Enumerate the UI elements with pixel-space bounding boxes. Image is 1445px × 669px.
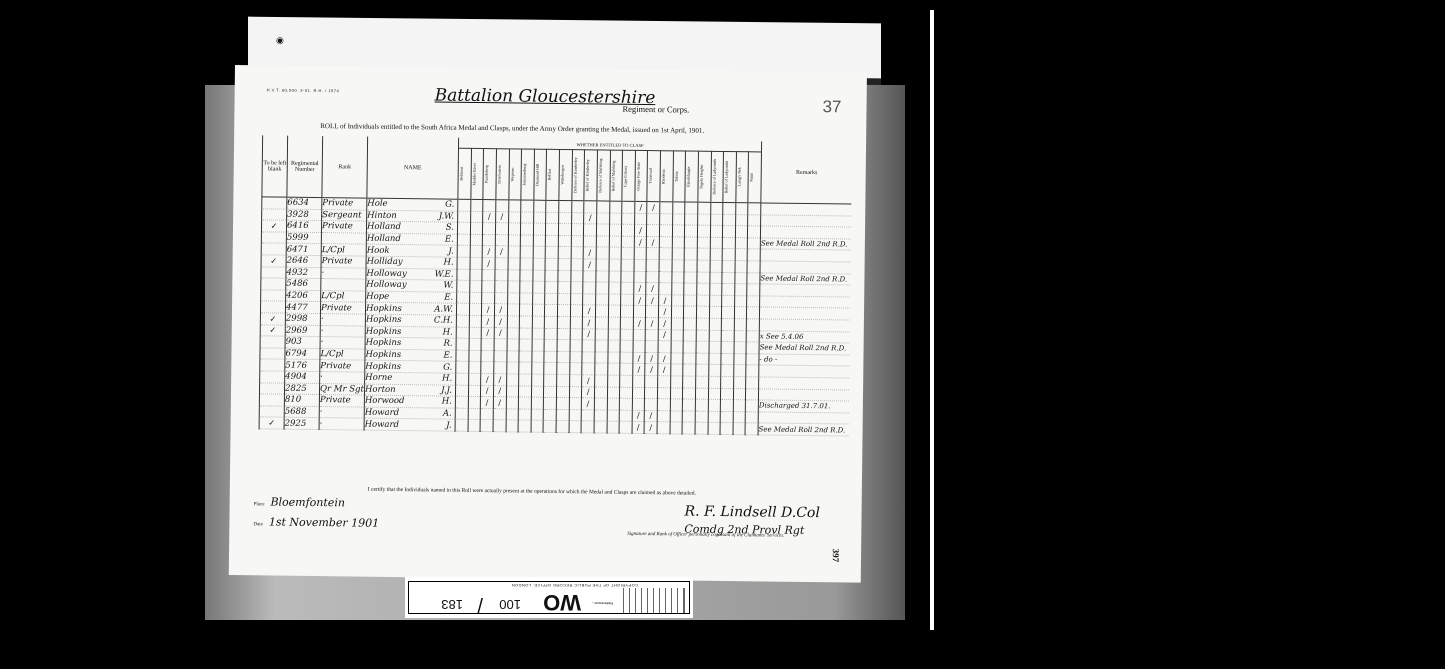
clasp-cell xyxy=(657,387,670,399)
clasp-name: Relief of Ladysmith xyxy=(724,161,729,193)
clasp-cell xyxy=(545,281,558,293)
clasp-cell xyxy=(508,200,521,212)
clasp-cell xyxy=(670,364,683,376)
clasp-name: Belmont xyxy=(459,167,464,181)
clasp-cell xyxy=(657,399,670,411)
clasp-cell xyxy=(544,386,557,398)
clasp-cell xyxy=(468,373,481,385)
clasp-cell xyxy=(621,248,634,260)
clasp-cell: / xyxy=(632,364,645,376)
clasp-cell xyxy=(546,235,559,247)
clasp-cell xyxy=(494,339,507,351)
clasp-cell xyxy=(519,374,532,386)
clasp-cell: / xyxy=(646,283,659,295)
clasp-cell xyxy=(457,280,470,292)
surname: Hopkins xyxy=(366,315,402,325)
clasp-cell xyxy=(746,342,759,354)
clasp-cell xyxy=(495,223,508,235)
clasp-cell: / xyxy=(658,318,671,330)
clasp-cell xyxy=(458,211,471,223)
surname: Horton xyxy=(365,384,396,394)
clasp-cell: / xyxy=(483,211,496,223)
regimental-number: 4477 xyxy=(285,301,320,313)
clasp-cell xyxy=(470,234,483,246)
clasp-cell xyxy=(569,363,582,375)
clasp-cell xyxy=(595,305,608,317)
clasp-cell xyxy=(557,316,570,328)
clasp-cell xyxy=(748,226,761,238)
clasp-cell: / xyxy=(583,305,596,317)
clasp-name: Laing's Nek xyxy=(736,167,741,186)
clasp-cell xyxy=(519,351,532,363)
clasp-cell xyxy=(557,305,570,317)
clasp-cell xyxy=(569,421,582,433)
clasp-column-header: Defence of Mafeking xyxy=(597,150,610,201)
clasp-cell xyxy=(733,365,746,377)
regimental-number: 5486 xyxy=(286,278,321,290)
clasp-cell xyxy=(533,223,546,235)
clasp-cell xyxy=(546,200,559,212)
clasp-cell xyxy=(647,248,660,260)
check-mark xyxy=(262,208,287,220)
name-cell: HollowayW.E. xyxy=(366,268,457,281)
clasp-cell xyxy=(532,281,545,293)
clasp-column-header: Orange Free State xyxy=(635,150,648,201)
clasp-cell xyxy=(570,328,583,340)
clasp-column-header: Natal xyxy=(748,152,761,203)
clasp-cell xyxy=(457,246,470,258)
clasp-cell xyxy=(733,388,746,400)
clasp-cell xyxy=(607,387,620,399)
clasp-column-header: Laing's Nek xyxy=(736,152,749,203)
clasp-cell xyxy=(546,247,559,259)
clasp-cell xyxy=(645,341,658,353)
clasp-name: Wepener xyxy=(509,167,514,181)
clasp-cell xyxy=(683,399,696,411)
clasp-cell xyxy=(697,260,710,272)
clasp-cell xyxy=(596,270,609,282)
initials: J.W. xyxy=(439,211,455,221)
clasp-cell xyxy=(609,201,622,213)
clasp-cell xyxy=(734,307,747,319)
clasp-cell: / xyxy=(493,385,506,397)
regimental-number: 6471 xyxy=(286,244,321,256)
check-mark xyxy=(260,348,285,360)
clasp-cell: / xyxy=(482,304,495,316)
reference-word: Reference:- xyxy=(592,601,613,606)
clasp-cell xyxy=(607,375,620,387)
clasp-cell xyxy=(734,319,747,331)
clasp-cell xyxy=(708,399,721,411)
clasp-cell: / xyxy=(493,374,506,386)
place-value: Bloemfontein xyxy=(270,495,345,509)
clasp-cell: / xyxy=(634,236,647,248)
surname: Holland xyxy=(367,222,401,232)
clasp-cell xyxy=(684,295,697,307)
clasp-cell xyxy=(658,341,671,353)
clasp-cell xyxy=(683,387,696,399)
clasp-cell xyxy=(722,307,735,319)
series-code: WO xyxy=(543,589,581,615)
clasp-cell xyxy=(455,385,468,397)
clasp-cell xyxy=(696,364,709,376)
clasp-cell xyxy=(721,388,734,400)
clasp-cell xyxy=(519,385,532,397)
clasp-cell xyxy=(508,223,521,235)
clasp-cell xyxy=(481,362,494,374)
clasp-cell: / xyxy=(582,328,595,340)
clasp-cell xyxy=(621,271,634,283)
clasp-cell xyxy=(633,341,646,353)
clasp-cell xyxy=(619,398,632,410)
clasp-cell: / xyxy=(633,294,646,306)
clasp-cell xyxy=(657,410,670,422)
clasp-cell: / xyxy=(659,294,672,306)
clasp-cell xyxy=(557,351,570,363)
clasp-cell xyxy=(532,316,545,328)
clasp-cell: / xyxy=(658,352,671,364)
clasp-cell xyxy=(558,247,571,259)
clasp-cell xyxy=(596,247,609,259)
clasp-cell xyxy=(722,249,735,261)
clasp-cell xyxy=(483,223,496,235)
rank: · xyxy=(320,325,365,337)
clasp-cell xyxy=(544,409,557,421)
regimental-number: 903 xyxy=(285,336,320,348)
clasp-cell xyxy=(708,353,721,365)
surname: Holloway xyxy=(366,268,406,278)
clasp-cell xyxy=(596,236,609,248)
clasp-cell xyxy=(457,269,470,281)
place-label: Place xyxy=(254,502,265,507)
clasp-cell xyxy=(583,294,596,306)
clasp-name: Defence of Mafeking xyxy=(597,158,602,192)
clasp-cell xyxy=(620,375,633,387)
clasp-column-header: Driefontein xyxy=(496,149,509,200)
clasp-cell xyxy=(545,316,558,328)
clasp-cell xyxy=(456,373,469,385)
clasp-cell xyxy=(584,201,597,213)
initials: H. xyxy=(443,258,453,268)
clasp-cell xyxy=(457,257,470,269)
rank xyxy=(321,279,366,291)
clasp-cell xyxy=(559,200,572,212)
clasp-cell: / xyxy=(634,225,647,237)
clasp-cell xyxy=(594,410,607,422)
clasp-cell xyxy=(646,306,659,318)
clasp-cell xyxy=(684,318,697,330)
piece-separator: / xyxy=(477,592,483,615)
clasp-cell xyxy=(696,306,709,318)
clasp-cell xyxy=(457,292,470,304)
clasp-cell: / xyxy=(647,202,660,214)
initials: G. xyxy=(445,200,454,210)
date-field: Date1st November 1901 xyxy=(253,515,379,530)
clasp-cell xyxy=(684,306,697,318)
clasp-cell xyxy=(746,353,759,365)
clasp-cell: / xyxy=(494,327,507,339)
clasp-cell: / xyxy=(481,327,494,339)
clasp-cell xyxy=(594,375,607,387)
clasp-cell xyxy=(720,400,733,412)
clasp-cell xyxy=(660,202,673,214)
clasp-cell xyxy=(723,214,736,226)
regimental-number: 4932 xyxy=(286,267,321,279)
clasp-cell xyxy=(558,258,571,270)
clasp-cell xyxy=(622,201,635,213)
clasp-cell: / xyxy=(633,283,646,295)
clasp-name: Talana xyxy=(673,171,678,182)
clasp-cell xyxy=(507,281,520,293)
clasp-cell xyxy=(470,211,483,223)
clasp-cell: / xyxy=(583,317,596,329)
clasp-cell xyxy=(747,261,760,273)
clasp-cell xyxy=(495,258,508,270)
initials: H. xyxy=(442,374,452,384)
clasp-cell xyxy=(634,271,647,283)
clasp-cell xyxy=(456,338,469,350)
surname: Horne xyxy=(365,373,392,383)
surname: Holloway xyxy=(366,280,406,290)
clasp-cell xyxy=(518,397,531,409)
clasp-cell xyxy=(470,199,483,211)
clasp-cell xyxy=(672,248,685,260)
clasp-cell xyxy=(722,272,735,284)
clasp-cell: / xyxy=(584,212,597,224)
check-mark: ✓ xyxy=(259,417,284,429)
clasp-cell xyxy=(619,410,632,422)
clasp-cell xyxy=(620,352,633,364)
clasp-cell xyxy=(697,283,710,295)
rank: Qr Mr Sgt xyxy=(319,383,364,395)
rank: Private xyxy=(320,302,365,314)
clasp-cell xyxy=(508,235,521,247)
clasp-cell xyxy=(671,283,684,295)
clasp-cell xyxy=(670,411,683,423)
clasp-cell xyxy=(621,306,634,318)
clasp-cell xyxy=(507,293,520,305)
regimental-number: 6634 xyxy=(287,197,322,209)
clasp-cell xyxy=(698,202,711,214)
clasp-cell xyxy=(709,318,722,330)
clasp-column-header: Relief of Mafeking xyxy=(609,150,622,201)
clasp-cell xyxy=(710,260,723,272)
clasp-cell xyxy=(695,388,708,400)
clasp-column-header: Belfast xyxy=(546,149,559,200)
clasp-cell: / xyxy=(634,201,647,213)
clasp-cell xyxy=(622,213,635,225)
clasp-cell xyxy=(544,374,557,386)
clasp-cell: / xyxy=(644,422,657,434)
clasp-cell xyxy=(696,341,709,353)
rank: L/Cpl xyxy=(321,290,366,302)
clasp-cell xyxy=(607,410,620,422)
check-mark xyxy=(260,301,285,313)
name-cell: HoleG. xyxy=(367,198,458,211)
roll-heading: ROLL of Individuals entitled to the Sout… xyxy=(320,122,704,135)
clasp-cell xyxy=(546,212,559,224)
initials: E. xyxy=(444,293,453,303)
clasp-cell: / xyxy=(481,373,494,385)
clasp-cell xyxy=(507,269,520,281)
surname: Hopkins xyxy=(366,326,402,336)
clasp-cell: / xyxy=(645,364,658,376)
clasp-cell xyxy=(506,351,519,363)
clasp-cell xyxy=(519,339,532,351)
medal-roll-table: To be left blankRegimental NumberRankNAM… xyxy=(259,135,853,436)
name-cell: HopkinsA.W. xyxy=(365,302,456,315)
clasp-cell xyxy=(594,398,607,410)
clasp-cell xyxy=(470,246,483,258)
clasp-cell xyxy=(533,247,546,259)
regimental-number: 5176 xyxy=(285,359,320,371)
surname: Howard xyxy=(365,419,400,429)
rank: · xyxy=(320,337,365,349)
clasp-column-header: Transvaal xyxy=(647,151,660,202)
clasp-cell xyxy=(683,341,696,353)
name-cell: HopkinsE. xyxy=(365,349,456,362)
clasp-column-header: Defence of Kimberley xyxy=(571,150,584,201)
clasp-cell xyxy=(457,234,470,246)
folio-stamp: 397 xyxy=(831,549,841,563)
clasp-cell xyxy=(468,396,481,408)
clasp-cell xyxy=(608,329,621,341)
clasp-cell xyxy=(608,340,621,352)
clasp-cell xyxy=(659,271,672,283)
clasp-cell xyxy=(685,225,698,237)
regimental-number: 2969 xyxy=(285,325,320,337)
clasp-cell xyxy=(746,377,759,389)
initials: J.J. xyxy=(441,385,452,395)
clasp-cell xyxy=(722,295,735,307)
clasp-cell xyxy=(735,272,748,284)
initials: W. xyxy=(443,281,453,291)
clasp-cell xyxy=(469,315,482,327)
rank xyxy=(321,232,366,244)
clasp-cell xyxy=(595,363,608,375)
clasp-cell xyxy=(480,420,493,432)
clasp-name: Tugela Heights xyxy=(698,164,703,188)
clasp-cell: / xyxy=(582,398,595,410)
clasp-cell xyxy=(747,330,760,342)
check-mark xyxy=(261,290,286,302)
clasp-cell xyxy=(682,422,695,434)
clasp-cell xyxy=(469,327,482,339)
clasp-cell: / xyxy=(646,317,659,329)
clasp-cell: / xyxy=(495,246,508,258)
clasp-cell xyxy=(621,259,634,271)
clasp-cell xyxy=(520,270,533,282)
clasp-cell xyxy=(521,223,534,235)
clasp-cell xyxy=(468,420,481,432)
clasp-cell xyxy=(608,305,621,317)
clasp-cell xyxy=(531,409,544,421)
regimental-number: 2998 xyxy=(285,313,320,325)
name-cell: HorneH. xyxy=(365,372,456,385)
clasp-cell xyxy=(520,246,533,258)
clasp-cell: / xyxy=(495,211,508,223)
title-suffix: Regiment or Corps. xyxy=(622,104,689,115)
clasp-cell xyxy=(545,270,558,282)
clasp-cell xyxy=(722,284,735,296)
clasp-cell xyxy=(710,249,723,261)
clasp-cell xyxy=(722,260,735,272)
clasp-cell: / xyxy=(647,236,660,248)
clasp-cell xyxy=(609,259,622,271)
clasp-cell xyxy=(545,305,558,317)
clasp-cell xyxy=(520,281,533,293)
clasp-cell xyxy=(506,397,519,409)
surname: Hope xyxy=(366,292,389,302)
rank: L/Cpl xyxy=(320,348,365,360)
clasp-cell xyxy=(546,223,559,235)
clasp-cell xyxy=(532,293,545,305)
clasp-cell: / xyxy=(583,259,596,271)
clasp-cell xyxy=(533,212,546,224)
clasp-column-header: Cape Colony xyxy=(622,150,635,201)
clasp-cell xyxy=(708,376,721,388)
clasp-cell xyxy=(455,408,468,420)
clasp-cell xyxy=(659,260,672,272)
regimental-number: 2646 xyxy=(286,255,321,267)
rank: · xyxy=(319,418,364,430)
clasp-cell xyxy=(632,387,645,399)
clasp-cell xyxy=(508,211,521,223)
clasp-cell xyxy=(735,226,748,238)
clasp-cell xyxy=(735,249,748,261)
regimental-number: 4904 xyxy=(285,371,320,383)
piece-number-1: 100 xyxy=(499,597,521,612)
date-label: Date xyxy=(253,522,263,527)
clasp-name: Belfast xyxy=(547,169,552,180)
clasp-cell xyxy=(559,212,572,224)
clasp-cell xyxy=(608,271,621,283)
clasp-cell xyxy=(556,386,569,398)
clasp-cell xyxy=(456,350,469,362)
surname: Holliday xyxy=(367,257,403,267)
clasp-cell xyxy=(583,270,596,282)
clasp-cell xyxy=(533,235,546,247)
check-mark: ✓ xyxy=(260,313,285,325)
clasp-cell xyxy=(710,214,723,226)
clasp-cell xyxy=(469,281,482,293)
name-cell: HortonJ.J. xyxy=(364,384,455,397)
clasp-cell xyxy=(571,212,584,224)
clasp-cell xyxy=(584,224,597,236)
clasp-cell xyxy=(506,409,519,421)
date-value: 1st November 1901 xyxy=(269,515,379,529)
clasp-cell xyxy=(595,294,608,306)
clasp-cell xyxy=(581,421,594,433)
initials: E. xyxy=(443,351,452,361)
check-mark xyxy=(259,394,284,406)
clasp-column-header: Relief of Kimberley xyxy=(584,150,597,201)
clasp-cell xyxy=(556,398,569,410)
signature-label: Signature and Rank of Officer personally… xyxy=(627,532,784,539)
regimental-number: 3928 xyxy=(287,209,322,221)
clasp-cell xyxy=(506,362,519,374)
clasp-cell xyxy=(569,375,582,387)
clasp-cell xyxy=(697,249,710,261)
clasp-cell xyxy=(458,199,471,211)
clasp-cell xyxy=(470,223,483,235)
clasp-cell xyxy=(521,212,534,224)
clasp-cell xyxy=(747,296,760,308)
clasp-cell xyxy=(557,328,570,340)
clasp-cell xyxy=(708,365,721,377)
clasp-cell xyxy=(584,236,597,248)
clasp-cell xyxy=(571,235,584,247)
